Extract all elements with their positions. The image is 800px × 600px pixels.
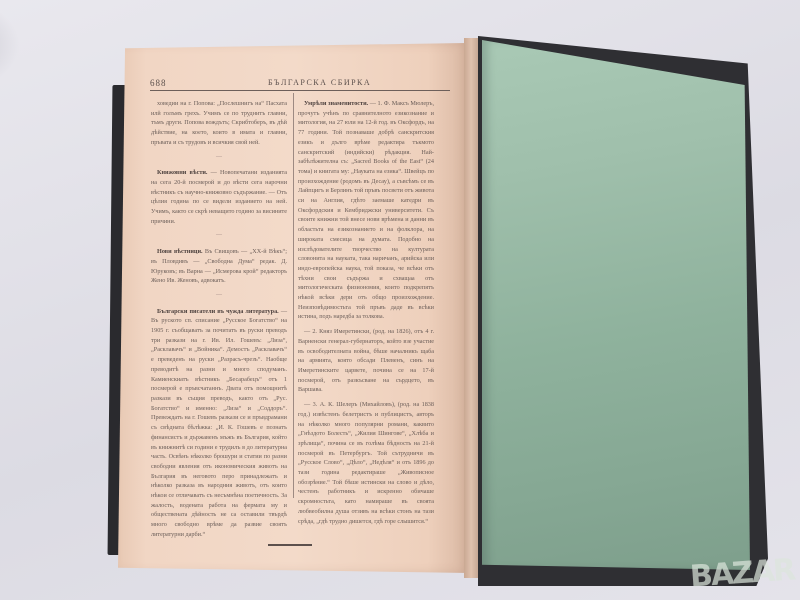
- text-column-right: Умрѣли знаменитости. — 1. Ф. Максъ Мюлер…: [298, 99, 434, 531]
- paragraph: — 2. Княз Имеретински, (род. на 1826), о…: [298, 327, 434, 395]
- paragraph: — 3. А. К. Шелеръ (Михайловъ), (род. на …: [298, 400, 434, 526]
- green-endpaper: [482, 40, 750, 570]
- end-of-section-rule: [268, 544, 312, 546]
- section-separator: —: [151, 153, 287, 163]
- book-left-page: 688 БЪЛГАРСКА СБИРКА ховедии на г. Попов…: [118, 43, 470, 573]
- text-column-left: ховедии на г. Попова: „Послешнигъ на“ Па…: [151, 99, 287, 545]
- page-header: 688 БЪЛГАРСКА СБИРКА: [150, 76, 450, 91]
- paragraph: ховедии на г. Попова: „Послешнигъ на“ Па…: [151, 99, 287, 148]
- paragraph: Умрѣли знаменитости. — 1. Ф. Максъ Мюлер…: [298, 99, 434, 322]
- background-shadow: [0, 0, 20, 90]
- paragraph: Български писатели въ чужда литература. …: [151, 307, 287, 540]
- paragraph: Книжовни вѣсти. — Новопечатани изданията…: [151, 168, 287, 226]
- section-heading: Книжовни вѣсти.: [157, 169, 207, 176]
- photo-scene: 688 БЪЛГАРСКА СБИРКА ховедии на г. Попов…: [0, 0, 800, 600]
- running-title: БЪЛГАРСКА СБИРКА: [268, 78, 371, 87]
- watermark-logo: BAZAR: [689, 552, 795, 594]
- page-number: 688: [150, 78, 167, 88]
- section-heading: Български писатели въ чужда литература.: [157, 308, 279, 315]
- paragraph: Нови вѣстници. Въ Свищовъ — „XX-й Вѣкъ“;…: [151, 247, 287, 286]
- section-separator: —: [151, 291, 287, 301]
- column-divider: [293, 93, 294, 498]
- section-heading: Умрѣли знаменитости.: [304, 100, 368, 107]
- section-heading: Нови вѣстници.: [157, 248, 203, 255]
- ink-smudge: [180, 573, 183, 576]
- section-separator: —: [151, 231, 287, 241]
